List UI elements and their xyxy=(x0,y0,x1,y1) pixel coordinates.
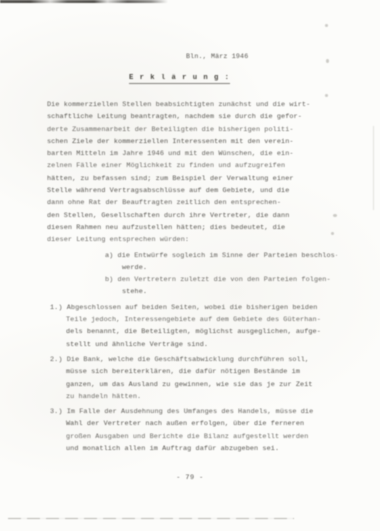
page-number: - 79 - xyxy=(160,474,220,482)
text-line: barten Mitteln im Jahre 1946 und mit den… xyxy=(47,148,337,160)
text-line: werde. xyxy=(47,262,337,274)
text-line: Wahl der Vertreter nach außen erfolgen, … xyxy=(47,418,337,430)
text-line: schen Ziele der kommerziellen Interessen… xyxy=(47,136,337,148)
text-line: dieser Leitung entsprechen würden: xyxy=(47,234,337,246)
text-line: stellt und ähnliche Verträge sind. xyxy=(47,339,337,351)
text-column: Die kommerziellen Stellen beabsichtigten… xyxy=(47,99,337,455)
document-heading: E r k l ä r u n g : xyxy=(129,74,230,84)
scan-top-edge-artifact xyxy=(0,0,168,3)
date-line: Bln., März 1946 xyxy=(186,53,248,60)
text-line: zu handeln hätten. xyxy=(47,391,337,403)
scan-right-edge-line xyxy=(373,126,374,210)
text-line: Die kommerziellen Stellen beabsichtigten… xyxy=(47,99,337,111)
text-line: ganzen, um das Ausland zu gewinnen, wie … xyxy=(47,379,337,391)
text-line: 2.) Die Bank, welche die Geschäftsabwick… xyxy=(47,354,337,366)
scan-speck xyxy=(325,94,328,97)
text-line: dann ohne Rat der Beauftragten zeitlich … xyxy=(47,197,337,209)
text-line: 3.) Im Falle der Ausdehnung des Umfanges… xyxy=(47,406,337,418)
text-line: dels benannt, die Beteiligten, möglichst… xyxy=(47,326,337,338)
text-line: großen Ausgaben und Berichte die Bilanz … xyxy=(47,431,337,443)
text-line: müsse sich bereiterklären, die dafür nöt… xyxy=(47,366,337,378)
text-line: derte Zusammenarbeit der Beteiligten die… xyxy=(47,124,337,136)
text-line: Stelle während Vertragsabschlüsse auf de… xyxy=(47,185,337,197)
text-line: stehe. xyxy=(47,286,337,298)
text-line: hätten, zu befassen sind; zum Beispiel d… xyxy=(47,173,337,185)
text-line: b) den Vertretern zuletzt die von den Pa… xyxy=(47,274,337,286)
text-line: 1.) Abgeschlossen auf beiden Seiten, wob… xyxy=(47,302,337,314)
scanned-page: Bln., März 1946 E r k l ä r u n g : Die … xyxy=(0,0,380,531)
text-line: a) die Entwürfe sogleich im Sinne der Pa… xyxy=(47,250,337,262)
text-line: schaftliche Leitung beantragten, nachdem… xyxy=(47,111,337,123)
scan-speck xyxy=(326,59,329,63)
text-line: Teile jedoch, Interessengebiete auf dem … xyxy=(47,314,337,326)
text-line: und monatlich allen im Auftrag dafür abz… xyxy=(47,443,337,455)
scan-speck xyxy=(325,24,328,27)
text-line: zelnen Fälle einer Möglichkeit zu finden… xyxy=(47,160,337,172)
scan-bottom-edge-artifact xyxy=(8,518,294,519)
text-line: den Stellen, Gesellschaften durch ihre V… xyxy=(47,210,337,222)
text-line: diesen Rahmen neu aufzustellen hätten; d… xyxy=(47,222,337,234)
